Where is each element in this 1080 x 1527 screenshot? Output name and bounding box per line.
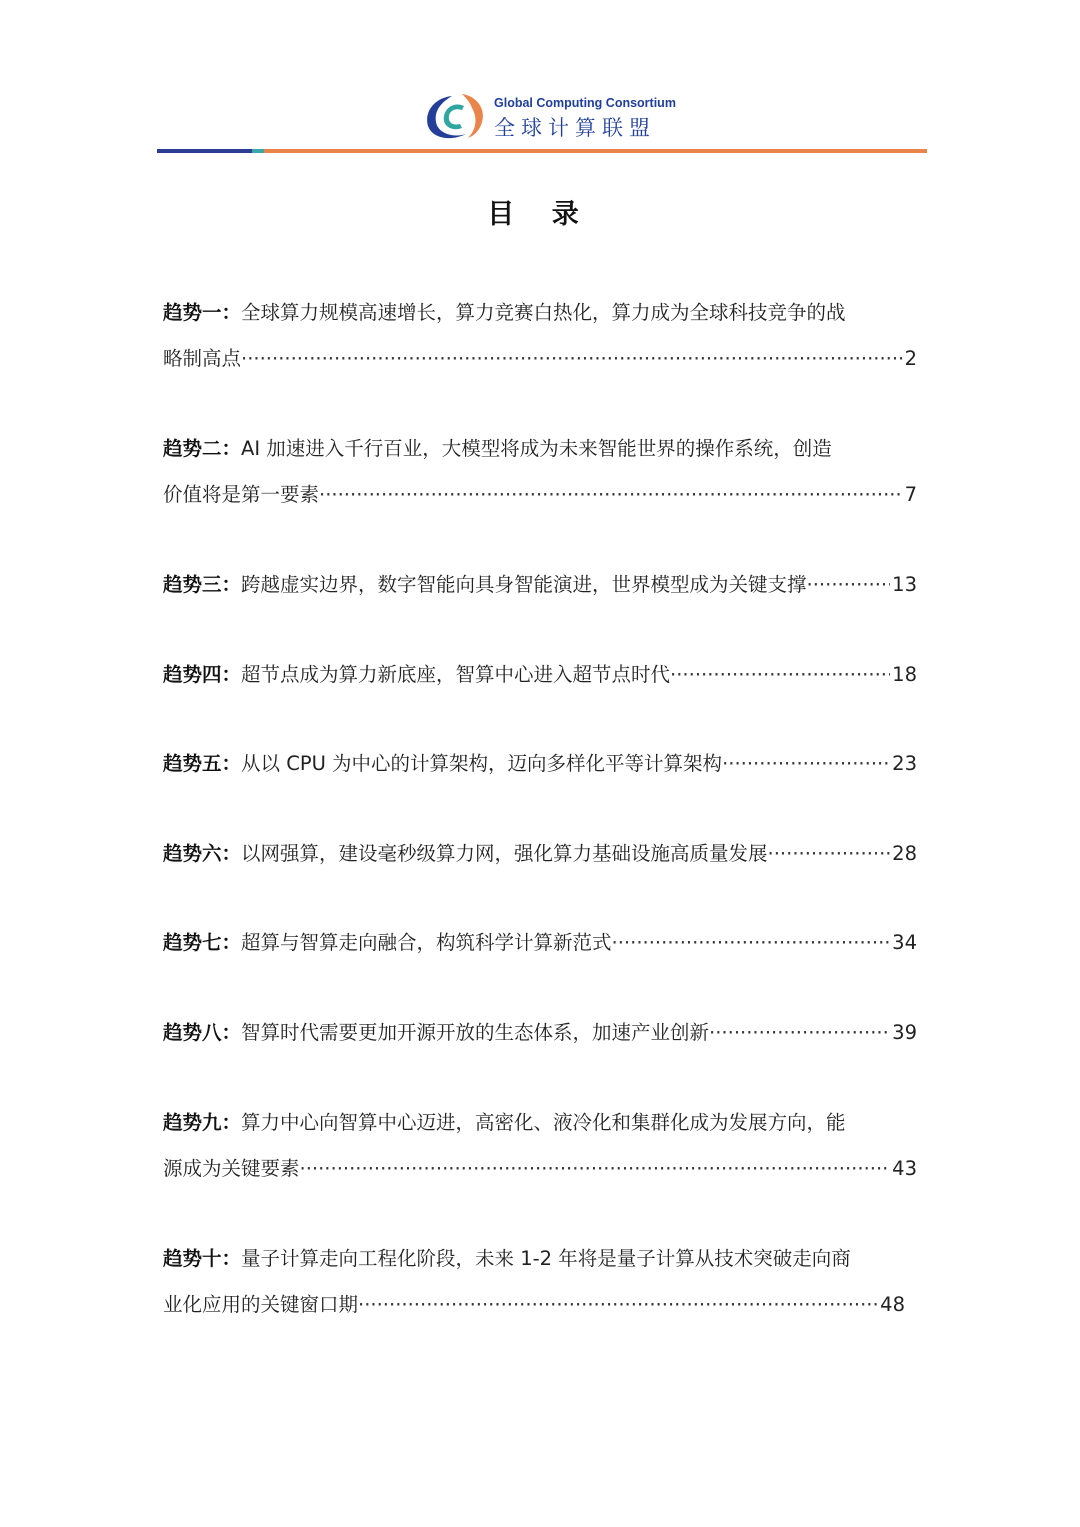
consortium-logo-icon bbox=[422, 90, 492, 144]
toc-entry-label: 趋势十： bbox=[163, 1236, 241, 1282]
toc-entry-label: 趋势九： bbox=[163, 1100, 241, 1146]
toc-page-number: 18 bbox=[890, 652, 917, 698]
toc-entry-6[interactable]: 趋势六：以网强算，建设毫秒级算力网，强化算力基础设施高质量发展28 bbox=[163, 831, 917, 877]
toc-entry-7[interactable]: 趋势七：超算与智算走向融合，构筑科学计算新范式34 bbox=[163, 920, 917, 966]
toc-entry-label: 趋势二： bbox=[163, 426, 241, 472]
toc-page-number: 2 bbox=[903, 336, 917, 382]
dot-leader bbox=[709, 1010, 890, 1056]
toc-entry-title-cont: 略制高点 bbox=[163, 336, 241, 382]
dot-leader bbox=[807, 562, 891, 608]
toc-entry-10[interactable]: 趋势十：量子计算走向工程化阶段，未来 1-2 年将是量子计算从技术突破走向商 业… bbox=[163, 1236, 917, 1328]
toc-entry-label: 趋势三： bbox=[163, 562, 241, 608]
toc-entry-title: AI 加速进入千行百业，大模型将成为未来智能世界的操作系统，创造 bbox=[241, 426, 832, 472]
page-title: 目 录 bbox=[0, 192, 1080, 231]
dot-leader bbox=[722, 741, 890, 787]
toc-entry-title-cont: 业化应用的关键窗口期 bbox=[163, 1282, 358, 1328]
toc-page-number: 34 bbox=[890, 920, 917, 966]
toc-entry-title: 以网强算，建设毫秒级算力网，强化算力基础设施高质量发展 bbox=[241, 831, 768, 877]
toc-entry-label: 趋势四： bbox=[163, 652, 241, 698]
toc-entry-title: 跨越虚实边界，数字智能向具身智能演进，世界模型成为关键支撑 bbox=[241, 562, 807, 608]
toc-entry-title: 量子计算走向工程化阶段，未来 1-2 年将是量子计算从技术突破走向商 bbox=[241, 1236, 851, 1282]
toc-entry-3[interactable]: 趋势三：跨越虚实边界，数字智能向具身智能演进，世界模型成为关键支撑13 bbox=[163, 562, 917, 608]
page-header: Global Computing Consortium 全球计算联盟 bbox=[0, 0, 1080, 160]
toc-entry-label: 趋势六： bbox=[163, 831, 241, 877]
brand-name-chinese: 全球计算联盟 bbox=[494, 112, 656, 142]
toc-entry-title: 从以 CPU 为中心的计算架构，迈向多样化平等计算架构 bbox=[241, 741, 722, 787]
toc-entry-title-cont: 源成为关键要素 bbox=[163, 1146, 300, 1192]
toc-entry-1[interactable]: 趋势一：全球算力规模高速增长，算力竞赛白热化，算力成为全球科技竞争的战 略制高点… bbox=[163, 290, 917, 382]
toc-entry-label: 趋势五： bbox=[163, 741, 241, 787]
toc-entry-label: 趋势一： bbox=[163, 290, 241, 336]
toc-entry-label: 趋势七： bbox=[163, 920, 241, 966]
toc-entry-4[interactable]: 趋势四：超节点成为算力新底座，智算中心进入超节点时代18 bbox=[163, 652, 917, 698]
toc-entry-title-cont: 价值将是第一要素 bbox=[163, 472, 319, 518]
toc-page-number: 28 bbox=[890, 831, 917, 877]
toc-entry-title: 算力中心向智算中心迈进，高密化、液冷化和集群化成为发展方向，能 bbox=[241, 1100, 846, 1146]
toc-page-number: 39 bbox=[890, 1010, 917, 1056]
toc-entry-2[interactable]: 趋势二：AI 加速进入千行百业，大模型将成为未来智能世界的操作系统，创造 价值将… bbox=[163, 426, 917, 518]
dot-leader bbox=[612, 920, 891, 966]
toc-entry-title: 超节点成为算力新底座，智算中心进入超节点时代 bbox=[241, 652, 670, 698]
divider-blue-segment bbox=[157, 149, 252, 153]
toc-entry-title: 超算与智算走向融合，构筑科学计算新范式 bbox=[241, 920, 612, 966]
dot-leader bbox=[768, 831, 891, 877]
header-divider bbox=[157, 149, 927, 153]
toc-page-number: 43 bbox=[890, 1146, 917, 1192]
brand-name-english: Global Computing Consortium bbox=[494, 96, 676, 110]
dot-leader bbox=[241, 336, 903, 382]
toc-entry-label: 趋势八： bbox=[163, 1010, 241, 1056]
toc-entry-8[interactable]: 趋势八：智算时代需要更加开源开放的生态体系，加速产业创新39 bbox=[163, 1010, 917, 1056]
toc-page-number: 23 bbox=[890, 741, 917, 787]
toc-entry-9[interactable]: 趋势九：算力中心向智算中心迈进，高密化、液冷化和集群化成为发展方向，能 源成为关… bbox=[163, 1100, 917, 1192]
divider-teal-segment bbox=[252, 149, 264, 153]
toc-entry-title: 全球算力规模高速增长，算力竞赛白热化，算力成为全球科技竞争的战 bbox=[241, 290, 846, 336]
toc-entry-title: 智算时代需要更加开源开放的生态体系，加速产业创新 bbox=[241, 1010, 709, 1056]
toc-entry-5[interactable]: 趋势五：从以 CPU 为中心的计算架构，迈向多样化平等计算架构23 bbox=[163, 741, 917, 787]
dot-leader bbox=[300, 1146, 891, 1192]
divider-orange-segment bbox=[264, 149, 927, 153]
toc-page-number: 13 bbox=[890, 562, 917, 608]
dot-leader bbox=[670, 652, 890, 698]
dot-leader bbox=[319, 472, 903, 518]
dot-leader bbox=[358, 1282, 878, 1328]
toc-page-number: 48 bbox=[878, 1282, 905, 1328]
toc-page-number: 7 bbox=[903, 472, 917, 518]
